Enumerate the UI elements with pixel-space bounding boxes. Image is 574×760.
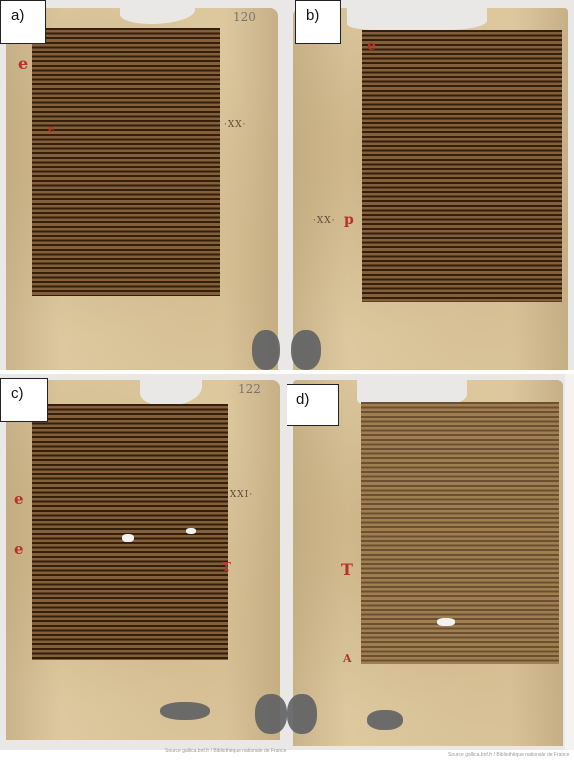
rubric-initial: T: [222, 560, 231, 574]
page-edge: [565, 374, 574, 750]
marginal-numeral: ·XX·: [224, 120, 247, 130]
stain: [160, 702, 210, 720]
rubric-initial: e: [48, 124, 54, 135]
stain: [252, 330, 280, 370]
text-column-c: [32, 404, 228, 660]
torn-edge-b: [347, 0, 487, 30]
panel-label-b: b): [295, 0, 341, 44]
stain: [255, 694, 287, 734]
rubric-initial: e: [14, 490, 24, 508]
text-column-d: [361, 402, 559, 664]
panel-label-c: c): [0, 378, 48, 422]
panel-c: e e T ·XXI· 122 c): [0, 374, 287, 750]
stain: [287, 694, 317, 734]
rubric-initial: e: [18, 54, 28, 73]
panel-label-d: d): [287, 384, 339, 426]
source-credit-right: Source gallica.bnf.fr / Bibliothèque nat…: [448, 752, 569, 758]
stain: [291, 330, 321, 370]
rubric-initial: e: [367, 38, 376, 54]
folio-number: 120: [233, 10, 256, 24]
panel-label-a: a): [0, 0, 46, 44]
parchment-hole: [122, 534, 134, 542]
rubric-initial: p: [344, 212, 354, 228]
rubric-initial: A: [343, 652, 352, 665]
panel-b: e p ·XX· b): [287, 0, 574, 370]
folio-number: 122: [238, 382, 261, 396]
parchment-hole: [186, 528, 196, 534]
rubric-initial: T: [341, 560, 353, 579]
panel-d: T A d): [287, 374, 574, 750]
rubric-initial: e: [14, 540, 24, 558]
stain: [367, 710, 403, 730]
text-column-a: [32, 28, 220, 296]
marginal-numeral: ·XXI·: [226, 490, 253, 500]
source-credit-left: Source gallica.bnf.fr / Bibliothèque nat…: [165, 748, 286, 754]
marginal-numeral: ·XX·: [313, 216, 336, 226]
panel-a: e e ·XX· 120 a): [0, 0, 287, 370]
parchment-hole: [437, 618, 455, 626]
text-column-b: [362, 30, 562, 302]
